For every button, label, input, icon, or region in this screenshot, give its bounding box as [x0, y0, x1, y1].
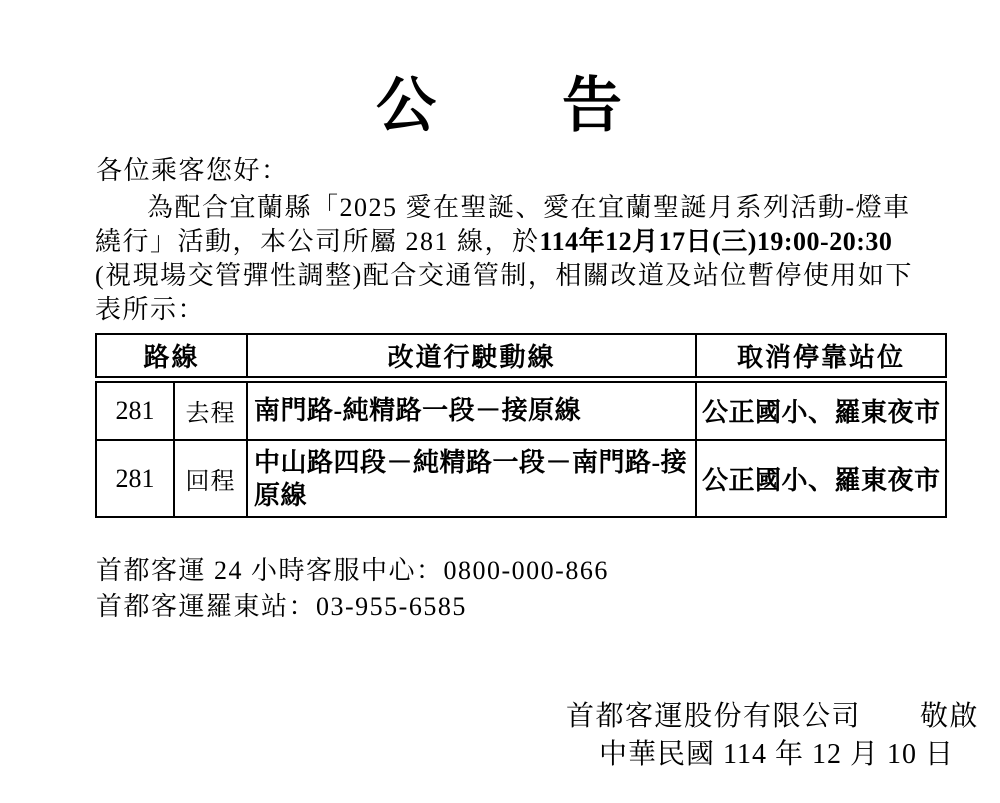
header-cancelled-stops: 取消停靠站位: [696, 334, 946, 379]
route-number-cell: 281: [96, 379, 174, 440]
announcement-table: 路線 改道行駛動線 取消停靠站位 281 去程 南門路-純精路一段－接原線 公正…: [95, 333, 947, 518]
page-title: 公 告: [0, 72, 1000, 141]
detour-cell: 南門路-純精路一段－接原線: [247, 379, 696, 440]
cancelled-stops-cell: 公正國小、羅東夜市: [696, 379, 946, 440]
paragraph-line-2-regular: 繞行」活動，本公司所屬 281 線，於: [95, 227, 540, 256]
header-detour: 改道行駛動線: [247, 334, 696, 379]
paragraph-line-2: 繞行」活動，本公司所屬 281 線，於114年12月17日(三)19:00-20…: [95, 225, 951, 259]
cancelled-stops-cell: 公正國小、羅東夜市: [696, 440, 946, 517]
direction-cell: 去程: [174, 379, 247, 440]
table-header-row: 路線 改道行駛動線 取消停靠站位: [96, 334, 946, 379]
table-row-outbound: 281 去程 南門路-純精路一段－接原線 公正國小、羅東夜市: [96, 379, 946, 440]
table-row-return: 281 回程 中山路四段－純精路一段－南門路-接原線 公正國小、羅東夜市: [96, 440, 946, 517]
paragraph-line-4: 表所示：: [95, 293, 951, 327]
event-datetime-text: 114年12月17日(三)19:00-20:30: [540, 227, 893, 256]
direction-cell: 回程: [174, 440, 247, 517]
header-route: 路線: [96, 334, 247, 379]
signature-company: 首都客運股份有限公司 敬啟: [566, 694, 979, 734]
notice-page: 公 告 各位乘客您好： 為配合宜蘭縣「2025 愛在聖誕、愛在宜蘭聖誕月系列活動…: [0, 0, 1000, 803]
luodong-station-phone: 首都客運羅東站：03-955-6585: [96, 586, 467, 623]
greeting-text: 各位乘客您好：: [96, 150, 289, 187]
route-number-cell: 281: [96, 440, 174, 517]
paragraph-line-3: (視現場交管彈性調整)配合交通管制，相關改道及站位暫停使用如下: [95, 259, 951, 293]
customer-service-hotline: 首都客運 24 小時客服中心：0800-000-866: [96, 550, 609, 587]
notice-paragraph: 為配合宜蘭縣「2025 愛在聖誕、愛在宜蘭聖誕月系列活動-燈車 繞行」活動，本公…: [95, 191, 951, 327]
detour-cell: 中山路四段－純精路一段－南門路-接原線: [247, 440, 696, 517]
signature-date: 中華民國 114 年 12 月 10 日: [599, 732, 954, 772]
paragraph-line-1: 為配合宜蘭縣「2025 愛在聖誕、愛在宜蘭聖誕月系列活動-燈車: [95, 191, 951, 225]
